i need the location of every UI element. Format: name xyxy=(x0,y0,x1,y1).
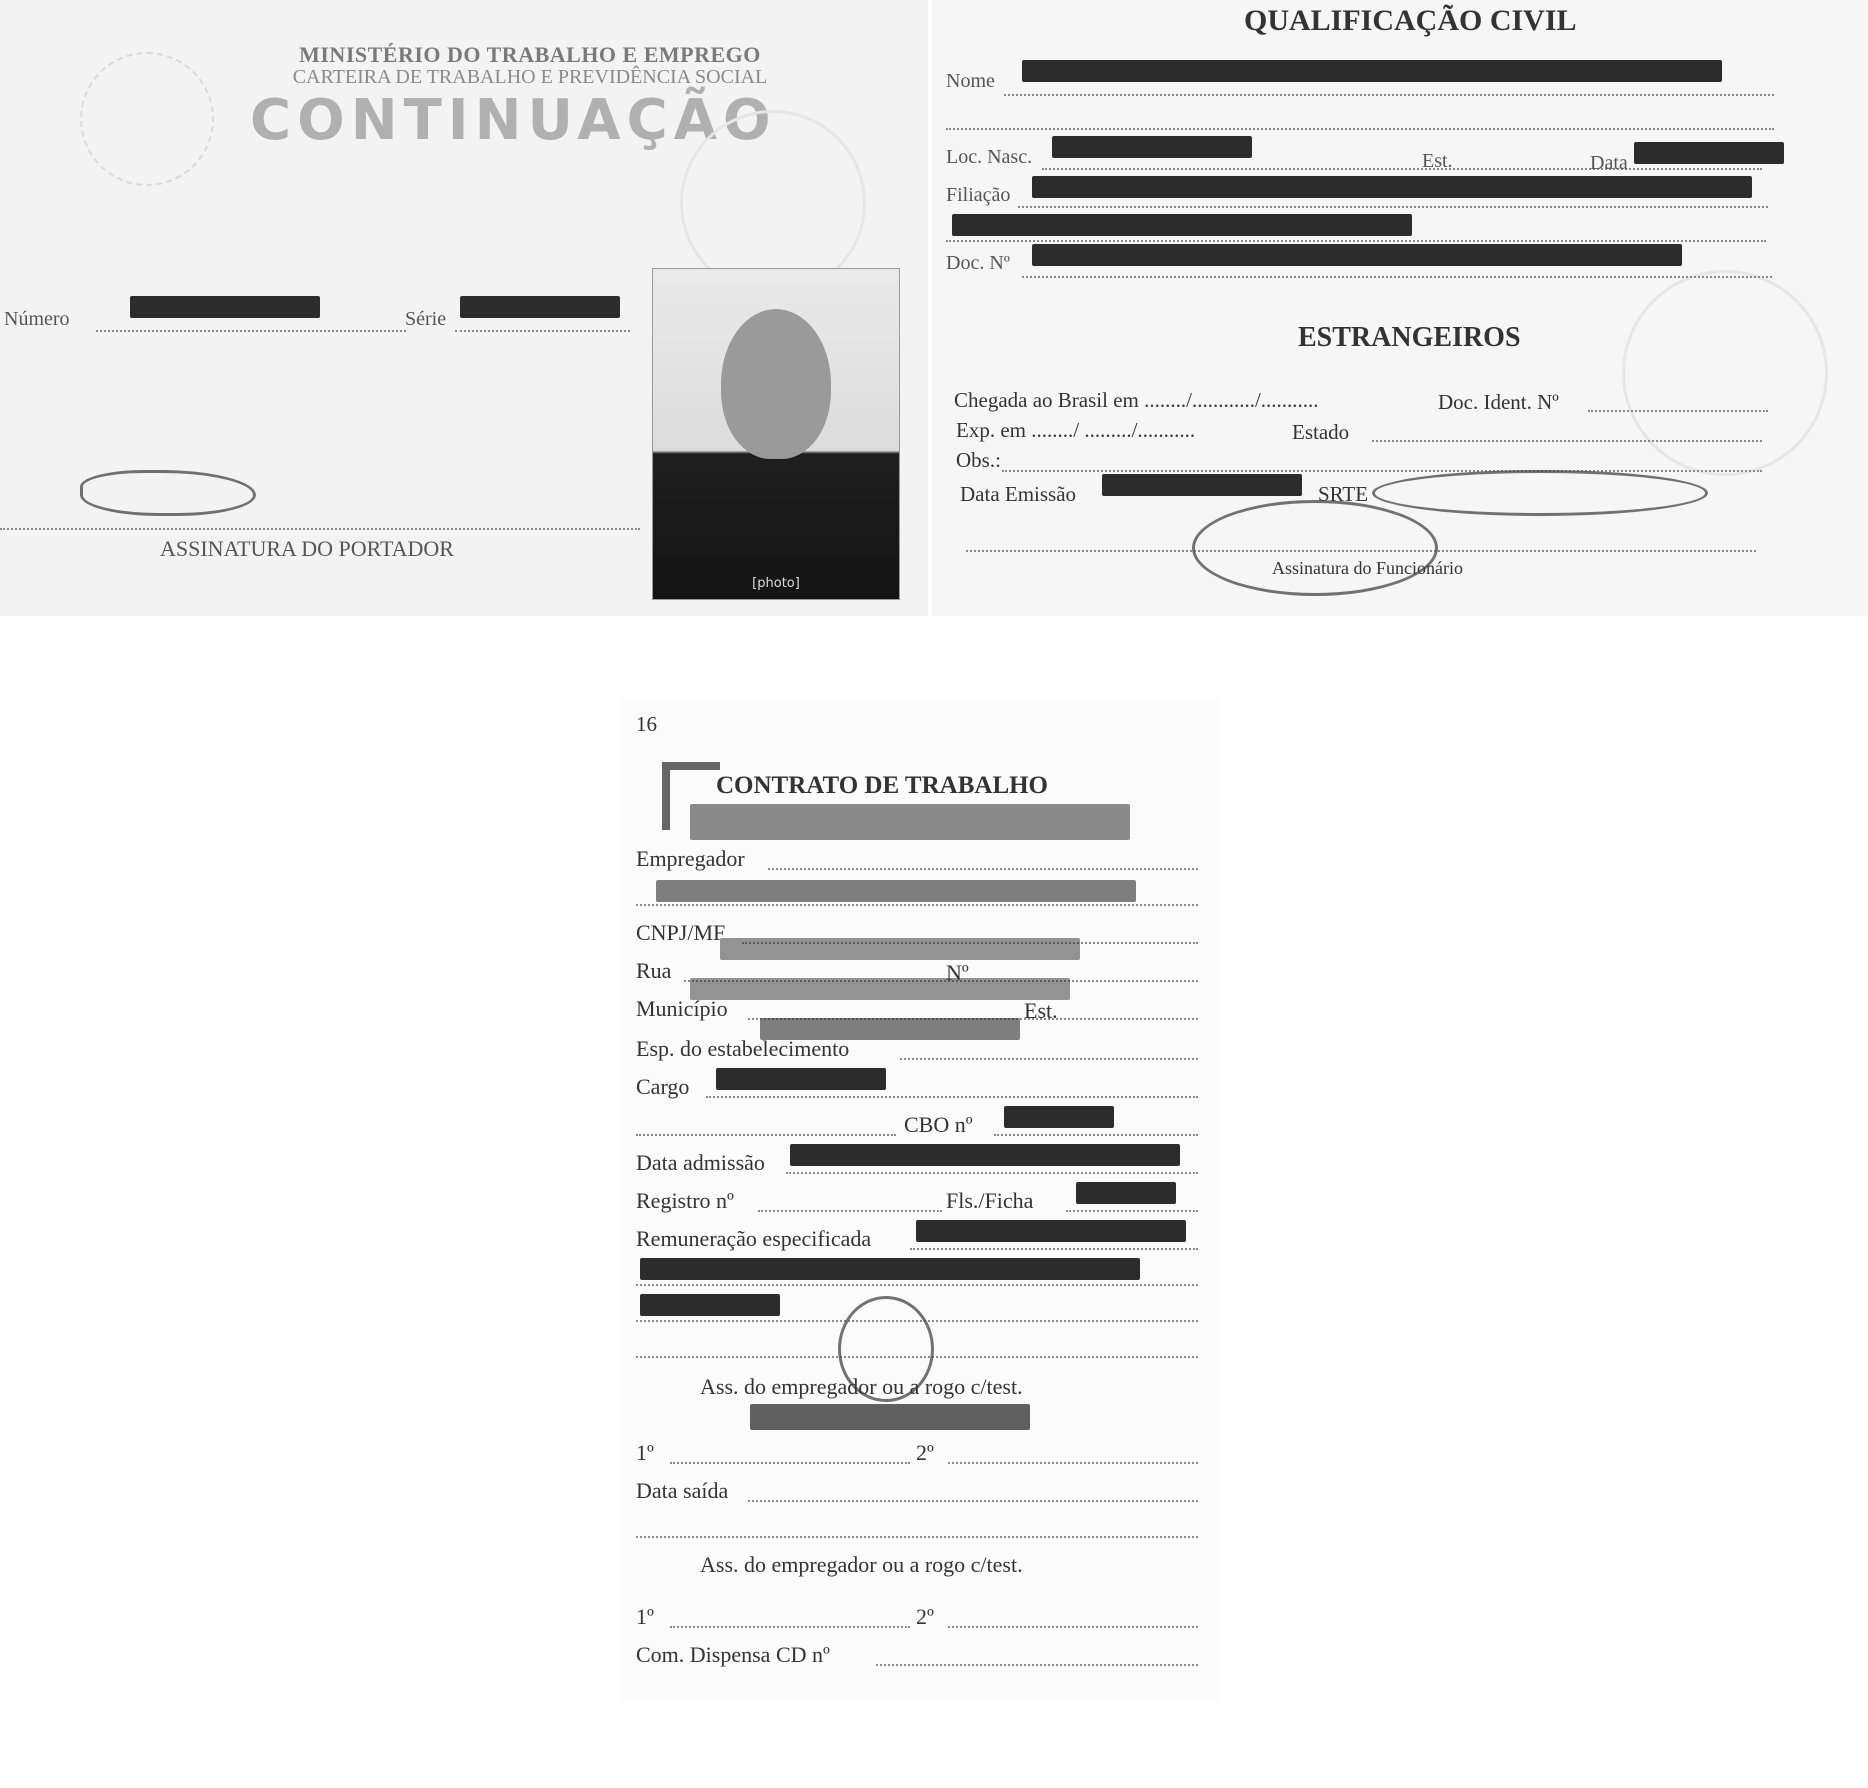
cnpj-label: CNPJ/MF xyxy=(636,920,725,946)
esp-line xyxy=(900,1058,1198,1060)
card-subtitle: CARTEIRA DE TRABALHO E PREVIDÊNCIA SOCIA… xyxy=(230,66,830,89)
doc-ident-line xyxy=(1588,410,1768,412)
serie-label: Série xyxy=(405,308,446,331)
holder-signature xyxy=(80,470,256,516)
emboss-seal-icon xyxy=(1622,270,1828,476)
rua-label: Rua xyxy=(636,958,671,984)
cnpj-stamp xyxy=(690,804,1130,840)
exit-witness-1-label: 1º xyxy=(636,1604,654,1630)
fls-line xyxy=(1066,1210,1198,1212)
nome-label: Nome xyxy=(946,70,995,93)
cbo-value xyxy=(1004,1106,1114,1128)
doc-line xyxy=(1022,276,1772,278)
page-number: 16 xyxy=(636,712,657,737)
loc-nasc-line xyxy=(1042,168,1762,170)
registro-line xyxy=(758,1210,942,1212)
obs-line xyxy=(1002,470,1762,472)
employer-stamp xyxy=(750,1404,1030,1430)
witness-1-line xyxy=(670,1462,910,1464)
nome-line-2 xyxy=(946,128,1774,130)
civil-qualification-title: QUALIFICAÇÃO CIVIL xyxy=(1244,4,1577,38)
loc-nasc-value xyxy=(1052,136,1252,158)
data-admissao-line xyxy=(786,1172,1198,1174)
esp-label: Esp. do estabelecimento xyxy=(636,1036,849,1062)
contract-title: CONTRATO DE TRABALHO xyxy=(716,772,1048,800)
fls-value xyxy=(1076,1182,1176,1204)
empregador-line xyxy=(768,868,1198,870)
filiacao-label: Filiação xyxy=(946,184,1010,207)
estado-line xyxy=(1372,440,1762,442)
exp-field: Exp. em ......../ ........./........... xyxy=(956,418,1195,443)
data-emissao-label: Data Emissão xyxy=(960,482,1076,507)
cargo-value xyxy=(716,1068,886,1090)
address-value-2 xyxy=(690,978,1070,1000)
witness-2-label: 2º xyxy=(916,1440,934,1466)
foreigners-title: ESTRANGEIROS xyxy=(1298,322,1521,354)
data-admissao-label: Data admissão xyxy=(636,1150,765,1176)
employment-contract-panel: 16 CONTRATO DE TRABALHO Empregador CNPJ/… xyxy=(620,700,1220,1700)
exit-witness-2-label: 2º xyxy=(916,1604,934,1630)
signature-line xyxy=(0,528,640,530)
remuneracao-line-2 xyxy=(636,1284,1198,1286)
official-signature-caption: Assinatura do Funcionário xyxy=(1272,558,1463,579)
data-admissao-value xyxy=(790,1144,1180,1166)
exit-witness-1-line xyxy=(670,1626,910,1628)
municipio-est-label: Est. xyxy=(1024,998,1058,1024)
serie-value xyxy=(460,296,620,318)
remuneracao-value xyxy=(916,1220,1186,1242)
signature-caption: ASSINATURA DO PORTADOR xyxy=(160,536,454,562)
com-dispensa-line xyxy=(876,1664,1198,1666)
continuation-stamp: CONTINUAÇÃO xyxy=(250,88,777,153)
remuneracao-value-2 xyxy=(640,1258,1140,1280)
data-label: Data xyxy=(1590,152,1628,175)
numero-label: Número xyxy=(4,308,70,331)
data-saida-line-2 xyxy=(636,1536,1198,1538)
nome-value xyxy=(1022,60,1722,82)
remuneracao-value-3 xyxy=(640,1294,780,1316)
est-label: Est. xyxy=(1422,150,1453,173)
witness-1-label: 1º xyxy=(636,1440,654,1466)
cargo-line xyxy=(706,1096,1198,1098)
holder-photo: [photo] xyxy=(652,268,900,600)
registro-label: Registro nº xyxy=(636,1188,734,1214)
estado-field: Estado xyxy=(1292,420,1349,445)
data-saida-line xyxy=(748,1500,1198,1502)
chegada-field: Chegada ao Brasil em ......../..........… xyxy=(954,388,1319,413)
civil-qualification-panel: QUALIFICAÇÃO CIVIL Nome Loc. Nasc. Est. … xyxy=(932,0,1868,616)
empregador-value xyxy=(656,880,1136,902)
loc-nasc-label: Loc. Nasc. xyxy=(946,146,1032,169)
coat-of-arms-icon xyxy=(80,52,214,186)
numero-line xyxy=(96,330,406,332)
empregador-label: Empregador xyxy=(636,846,745,872)
remuneracao-label: Remuneração especificada xyxy=(636,1226,871,1252)
filiacao-value-2 xyxy=(952,214,1412,236)
cbo-pre-line xyxy=(636,1134,896,1136)
numero-value xyxy=(130,296,320,318)
cbo-label: CBO nº xyxy=(904,1112,973,1138)
exit-witness-2-line xyxy=(948,1626,1198,1628)
ministry-heading: MINISTÉRIO DO TRABALHO E EMPREGO xyxy=(230,42,830,68)
cbo-line xyxy=(994,1134,1198,1136)
doc-label: Doc. Nº xyxy=(946,252,1010,275)
card-cover-panel: MINISTÉRIO DO TRABALHO E EMPREGO CARTEIR… xyxy=(0,0,928,616)
municipio-label: Município xyxy=(636,996,728,1022)
srte-handwriting xyxy=(1372,470,1708,516)
doc-value xyxy=(1032,244,1682,266)
obs-field: Obs.: xyxy=(956,448,1001,473)
data-saida-label: Data saída xyxy=(636,1478,728,1504)
doc-ident-field: Doc. Ident. Nº xyxy=(1438,390,1559,415)
official-signature xyxy=(1192,500,1438,596)
data-emissao-value xyxy=(1102,474,1302,496)
cargo-label: Cargo xyxy=(636,1074,689,1100)
com-dispensa-label: Com. Dispensa CD nº xyxy=(636,1642,830,1668)
employer-exit-signature-caption: Ass. do empregador ou a rogo c/test. xyxy=(700,1552,1023,1578)
birth-date-value xyxy=(1634,142,1784,164)
nome-line xyxy=(1004,94,1774,96)
witness-2-line xyxy=(948,1462,1198,1464)
empregador-line-2 xyxy=(636,904,1198,906)
employer-signature-caption: Ass. do empregador ou a rogo c/test. xyxy=(700,1374,1023,1400)
address-value xyxy=(720,938,1080,960)
filiacao-value xyxy=(1032,176,1752,198)
filiacao-line xyxy=(1018,206,1768,208)
filiacao-line-2 xyxy=(946,240,1766,242)
remuneracao-line xyxy=(910,1248,1198,1250)
fls-label: Fls./Ficha xyxy=(946,1188,1033,1214)
serie-line xyxy=(455,330,630,332)
